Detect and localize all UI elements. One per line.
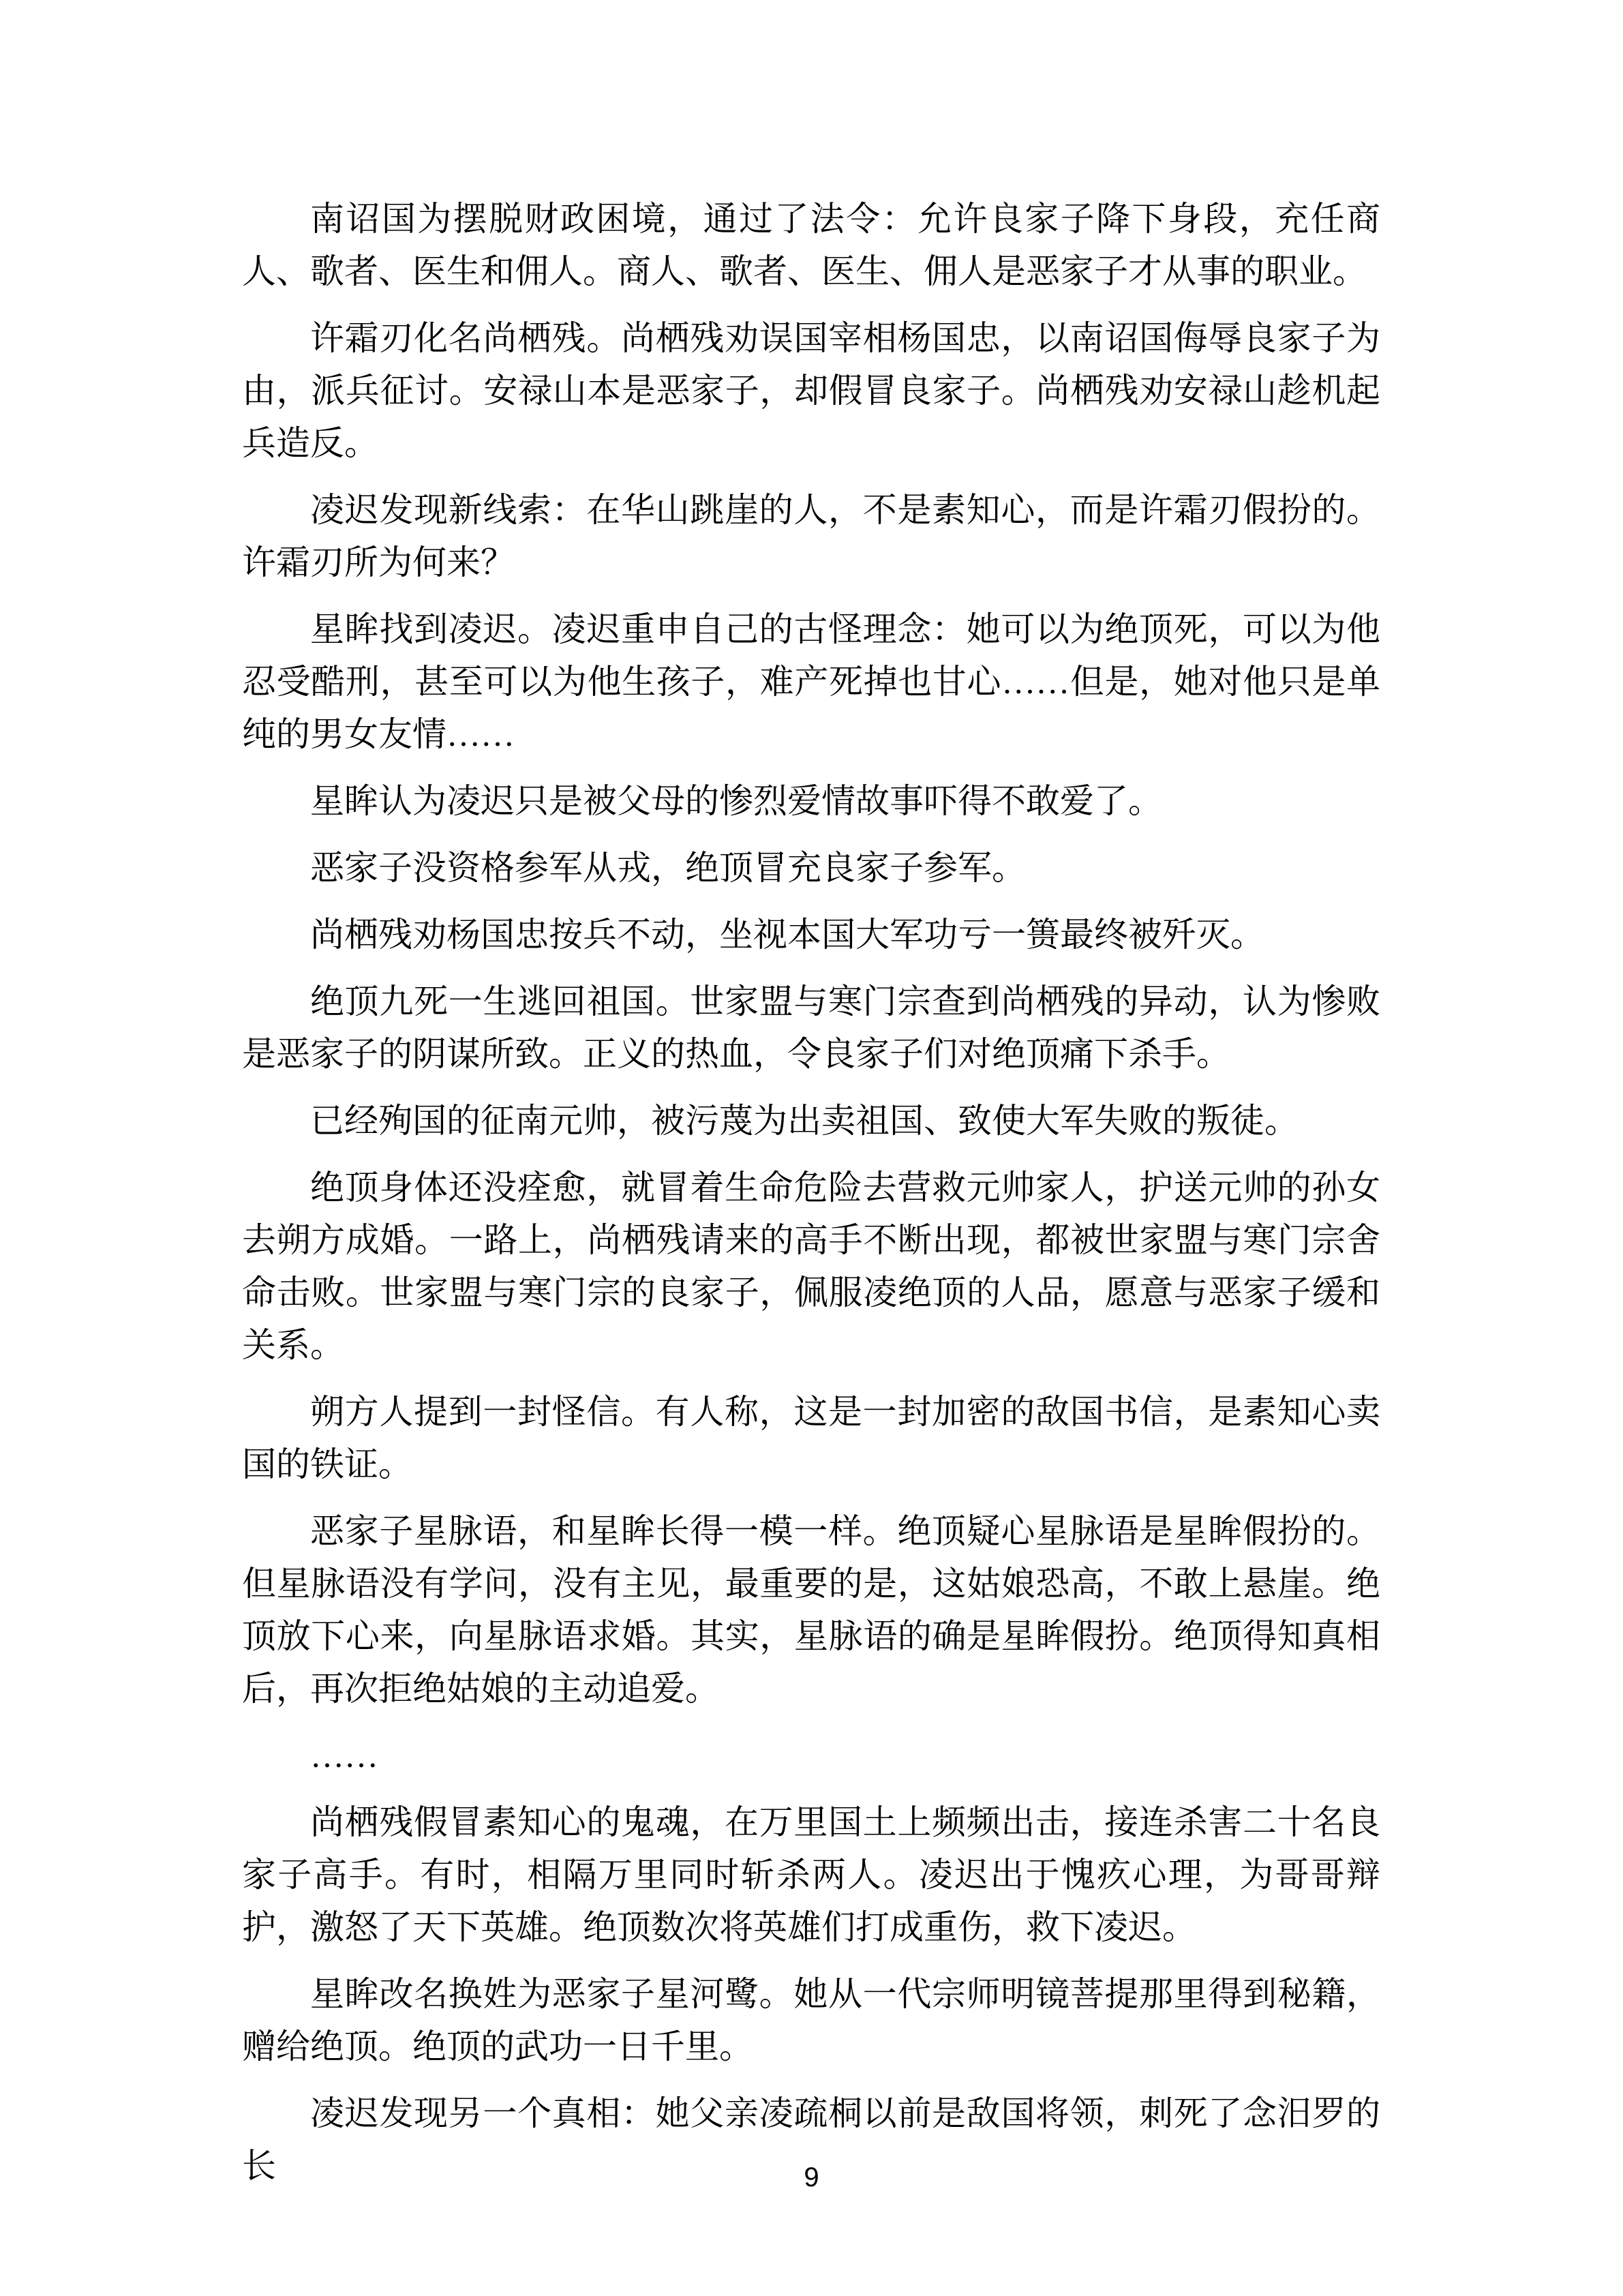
paragraph: 已经殉国的征南元帅，被污蔑为出卖祖国、致使大军失败的叛徒。 [242,1095,1380,1147]
paragraph: 星眸改名换姓为恶家子星河鹭。她从一代宗师明镜菩提那里得到秘籍，赠给绝顶。绝顶的武… [242,1968,1380,2073]
paragraph: 朔方人提到一封怪信。有人称，这是一封加密的敌国书信，是素知心卖国的铁证。 [242,1386,1380,1491]
paragraph: 许霜刃化名尚栖残。尚栖残劝误国宰相杨国忠，以南诏国侮辱良家子为由，派兵征讨。安禄… [242,312,1380,470]
document-page: 南诏国为摆脱财政困境，通过了法令：允许良家子降下身段，充任商人、歌者、医生和佣人… [0,0,1623,2296]
paragraph: 凌迟发现新线索：在华山跳崖的人，不是素知心，而是许霜刃假扮的。许霜刃所为何来？ [242,484,1380,589]
paragraph: 星眸认为凌迟只是被父母的惨烈爱情故事吓得不敢爱了。 [242,775,1380,828]
paragraph: 星眸找到凌迟。凌迟重申自己的古怪理念：她可以为绝顶死，可以为他忍受酷刑，甚至可以… [242,603,1380,761]
paragraph-ellipsis: …… [242,1729,1380,1782]
paragraph: 尚栖残假冒素知心的鬼魂，在万里国土上频频出击，接连杀害二十名良家子高手。有时，相… [242,1796,1380,1954]
paragraph: 南诏国为摆脱财政困境，通过了法令：允许良家子降下身段，充任商人、歌者、医生和佣人… [242,193,1380,298]
paragraph: 恶家子没资格参军从戎，绝顶冒充良家子参军。 [242,842,1380,894]
page-number: 9 [804,2162,819,2192]
paragraph: 恶家子星脉语，和星眸长得一模一样。绝顶疑心星脉语是星眸假扮的。但星脉语没有学问，… [242,1505,1380,1715]
paragraph: 尚栖残劝杨国忠按兵不动，坐视本国大军功亏一篑最终被歼灭。 [242,909,1380,961]
paragraph: 绝顶九死一生逃回祖国。世家盟与寒门宗查到尚栖残的异动，认为惨败是恶家子的阴谋所致… [242,976,1380,1081]
paragraph: 绝顶身体还没痊愈，就冒着生命危险去营救元帅家人，护送元帅的孙女去朔方成婚。一路上… [242,1162,1380,1372]
document-body: 南诏国为摆脱财政困境，通过了法令：允许良家子降下身段，充任商人、歌者、医生和佣人… [242,193,1380,2207]
page-footer: 9 [0,2160,1623,2195]
